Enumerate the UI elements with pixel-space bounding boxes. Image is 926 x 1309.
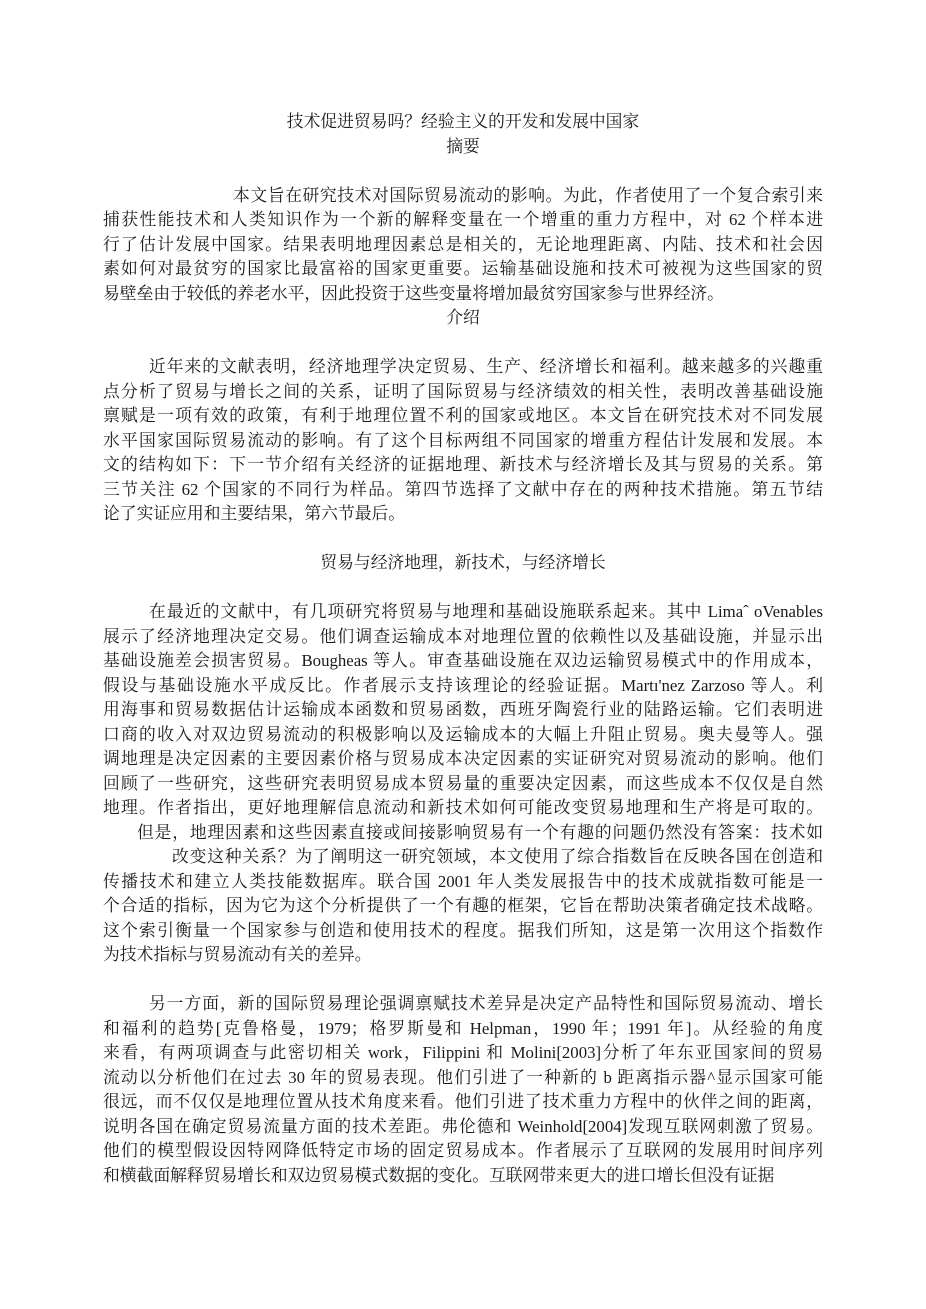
document-title: 技术促进贸易吗？经验主义的开发和发展中国家 [103, 110, 823, 135]
section-heading: 介绍 [103, 306, 823, 331]
page: 技术促进贸易吗？经验主义的开发和发展中国家摘要本文旨在研究技术对国际贸易流动的影… [0, 0, 926, 1309]
text-line: 来看，有两项调查与此密切相关 work，Filippini 和 Molini[2… [103, 1041, 823, 1066]
text-line: 展示了经济地理决定交易。他们调查运输成本对地理位置的依赖性以及基础设施，并显示出 [103, 625, 823, 650]
blank-line [103, 968, 823, 993]
text-line: 口商的收入对双边贸易流动的积极影响以及运输成本的大幅上升阻止贸易。奥夫曼等人。强 [103, 723, 823, 748]
text-line: 但是，地理因素和这些因素直接或间接影响贸易有一个有趣的问题仍然没有答案：技术如 [103, 821, 823, 846]
text-line: 说明各国在确定贸易流量方面的技术差距。弗伦德和 Weinhold[2004]发现… [103, 1115, 823, 1140]
text-line: 流动以分析他们在过去 30 年的贸易表现。他们引进了一种新的 b 距离指示器^显… [103, 1066, 823, 1091]
text-line: 回顾了一些研究，这些研究表明贸易成本贸易量的重要决定因素，而这些成本不仅仅是自然 [103, 772, 823, 797]
text-line: 素如何对最贫穷的国家比最富裕的国家更重要。运输基础设施和技术可被视为这些国家的贸 [103, 257, 823, 282]
text-line: 和福利的趋势[克鲁格曼，1979；格罗斯曼和 Helpman，1990 年；19… [103, 1017, 823, 1042]
document-body: 技术促进贸易吗？经验主义的开发和发展中国家摘要本文旨在研究技术对国际贸易流动的影… [0, 0, 926, 1188]
text-line: 三节关注 62 个国家的不同行为样品。第四节选择了文献中存在的两种技术措施。第五… [103, 478, 823, 503]
text-line: 改变这种关系？为了阐明这一研究领域，本文使用了综合指数旨在反映各国在创造和 [103, 845, 823, 870]
text-line: 为技术指标与贸易流动有关的差异。 [103, 943, 823, 968]
text-line: 在最近的文献中，有几项研究将贸易与地理和基础设施联系起来。其中 Limaˆ oV… [103, 600, 823, 625]
blank-line [103, 527, 823, 552]
text-line: 他们的模型假设因特网降低特定市场的固定贸易成本。作者展示了互联网的发展用时间序列 [103, 1139, 823, 1164]
text-line: 点分析了贸易与增长之间的关系，证明了国际贸易与经济绩效的相关性，表明改善基础设施 [103, 380, 823, 405]
text-line: 很远，而不仅仅是地理位置从技术角度来看。他们引进了技术重力方程中的伙伴之间的距离… [103, 1090, 823, 1115]
text-line: 用海事和贸易数据估计运输成本函数和贸易函数，西班牙陶瓷行业的陆路运输。它们表明进 [103, 698, 823, 723]
text-line: 假设与基础设施水平成反比。作者展示支持该理论的经验证据。Martı'nez Za… [103, 674, 823, 699]
text-line: 禀赋是一项有效的政策，有利于地理位置不利的国家或地区。本文旨在研究技术对不同发展 [103, 404, 823, 429]
blank-line [103, 576, 823, 601]
text-line: 捕获性能技术和人类知识作为一个新的解释变量在一个增重的重力方程中，对 62 个样… [103, 208, 823, 233]
text-line: 和横截面解释贸易增长和双边贸易模式数据的变化。互联网带来更大的进口增长但没有证据 [103, 1164, 823, 1189]
text-line: 易壁垒由于较低的养老水平，因此投资于这些变量将增加最贫穷国家参与世界经济。 [103, 282, 823, 307]
text-line: 地理。作者指出，更好地理解信息流动和新技术如何可能改变贸易地理和生产将是可取的。 [103, 796, 823, 821]
text-line: 论了实证应用和主要结果，第六节最后。 [103, 502, 823, 527]
text-line: 本文旨在研究技术对国际贸易流动的影响。为此，作者使用了一个复合索引来 [103, 184, 823, 209]
text-line: 文的结构如下：下一节介绍有关经济的证据地理、新技术与经济增长及其与贸易的关系。第 [103, 453, 823, 478]
blank-line [103, 159, 823, 184]
section-heading: 摘要 [103, 135, 823, 160]
text-line: 这个索引衡量一个国家参与创造和使用技术的程度。据我们所知，这是第一次用这个指数作 [103, 919, 823, 944]
document-page: { "page": { "background": "#ffffff", "te… [0, 0, 926, 1309]
section-heading: 贸易与经济地理，新技术，与经济增长 [103, 551, 823, 576]
text-line: 另一方面，新的国际贸易理论强调禀赋技术差异是决定产品特性和国际贸易流动、增长 [103, 992, 823, 1017]
text-line: 调地理是决定因素的主要因素价格与贸易成本决定因素的实证研究对贸易流动的影响。他们 [103, 747, 823, 772]
text-line: 传播技术和建立人类技能数据库。联合国 2001 年人类发展报告中的技术成就指数可… [103, 870, 823, 895]
text-line: 近年来的文献表明，经济地理学决定贸易、生产、经济增长和福利。越来越多的兴趣重 [103, 355, 823, 380]
blank-line [103, 331, 823, 356]
text-line: 行了估计发展中国家。结果表明地理因素总是相关的，无论地理距离、内陆、技术和社会因 [103, 233, 823, 258]
text-line: 基础设施差会损害贸易。Bougheas 等人。审查基础设施在双边运输贸易模式中的… [103, 649, 823, 674]
text-line: 个合适的指标，因为它为这个分析提供了一个有趣的框架，它旨在帮助决策者确定技术战略… [103, 894, 823, 919]
text-line: 水平国家国际贸易流动的影响。有了这个目标两组不同国家的增重方程估计发展和发展。本 [103, 429, 823, 454]
